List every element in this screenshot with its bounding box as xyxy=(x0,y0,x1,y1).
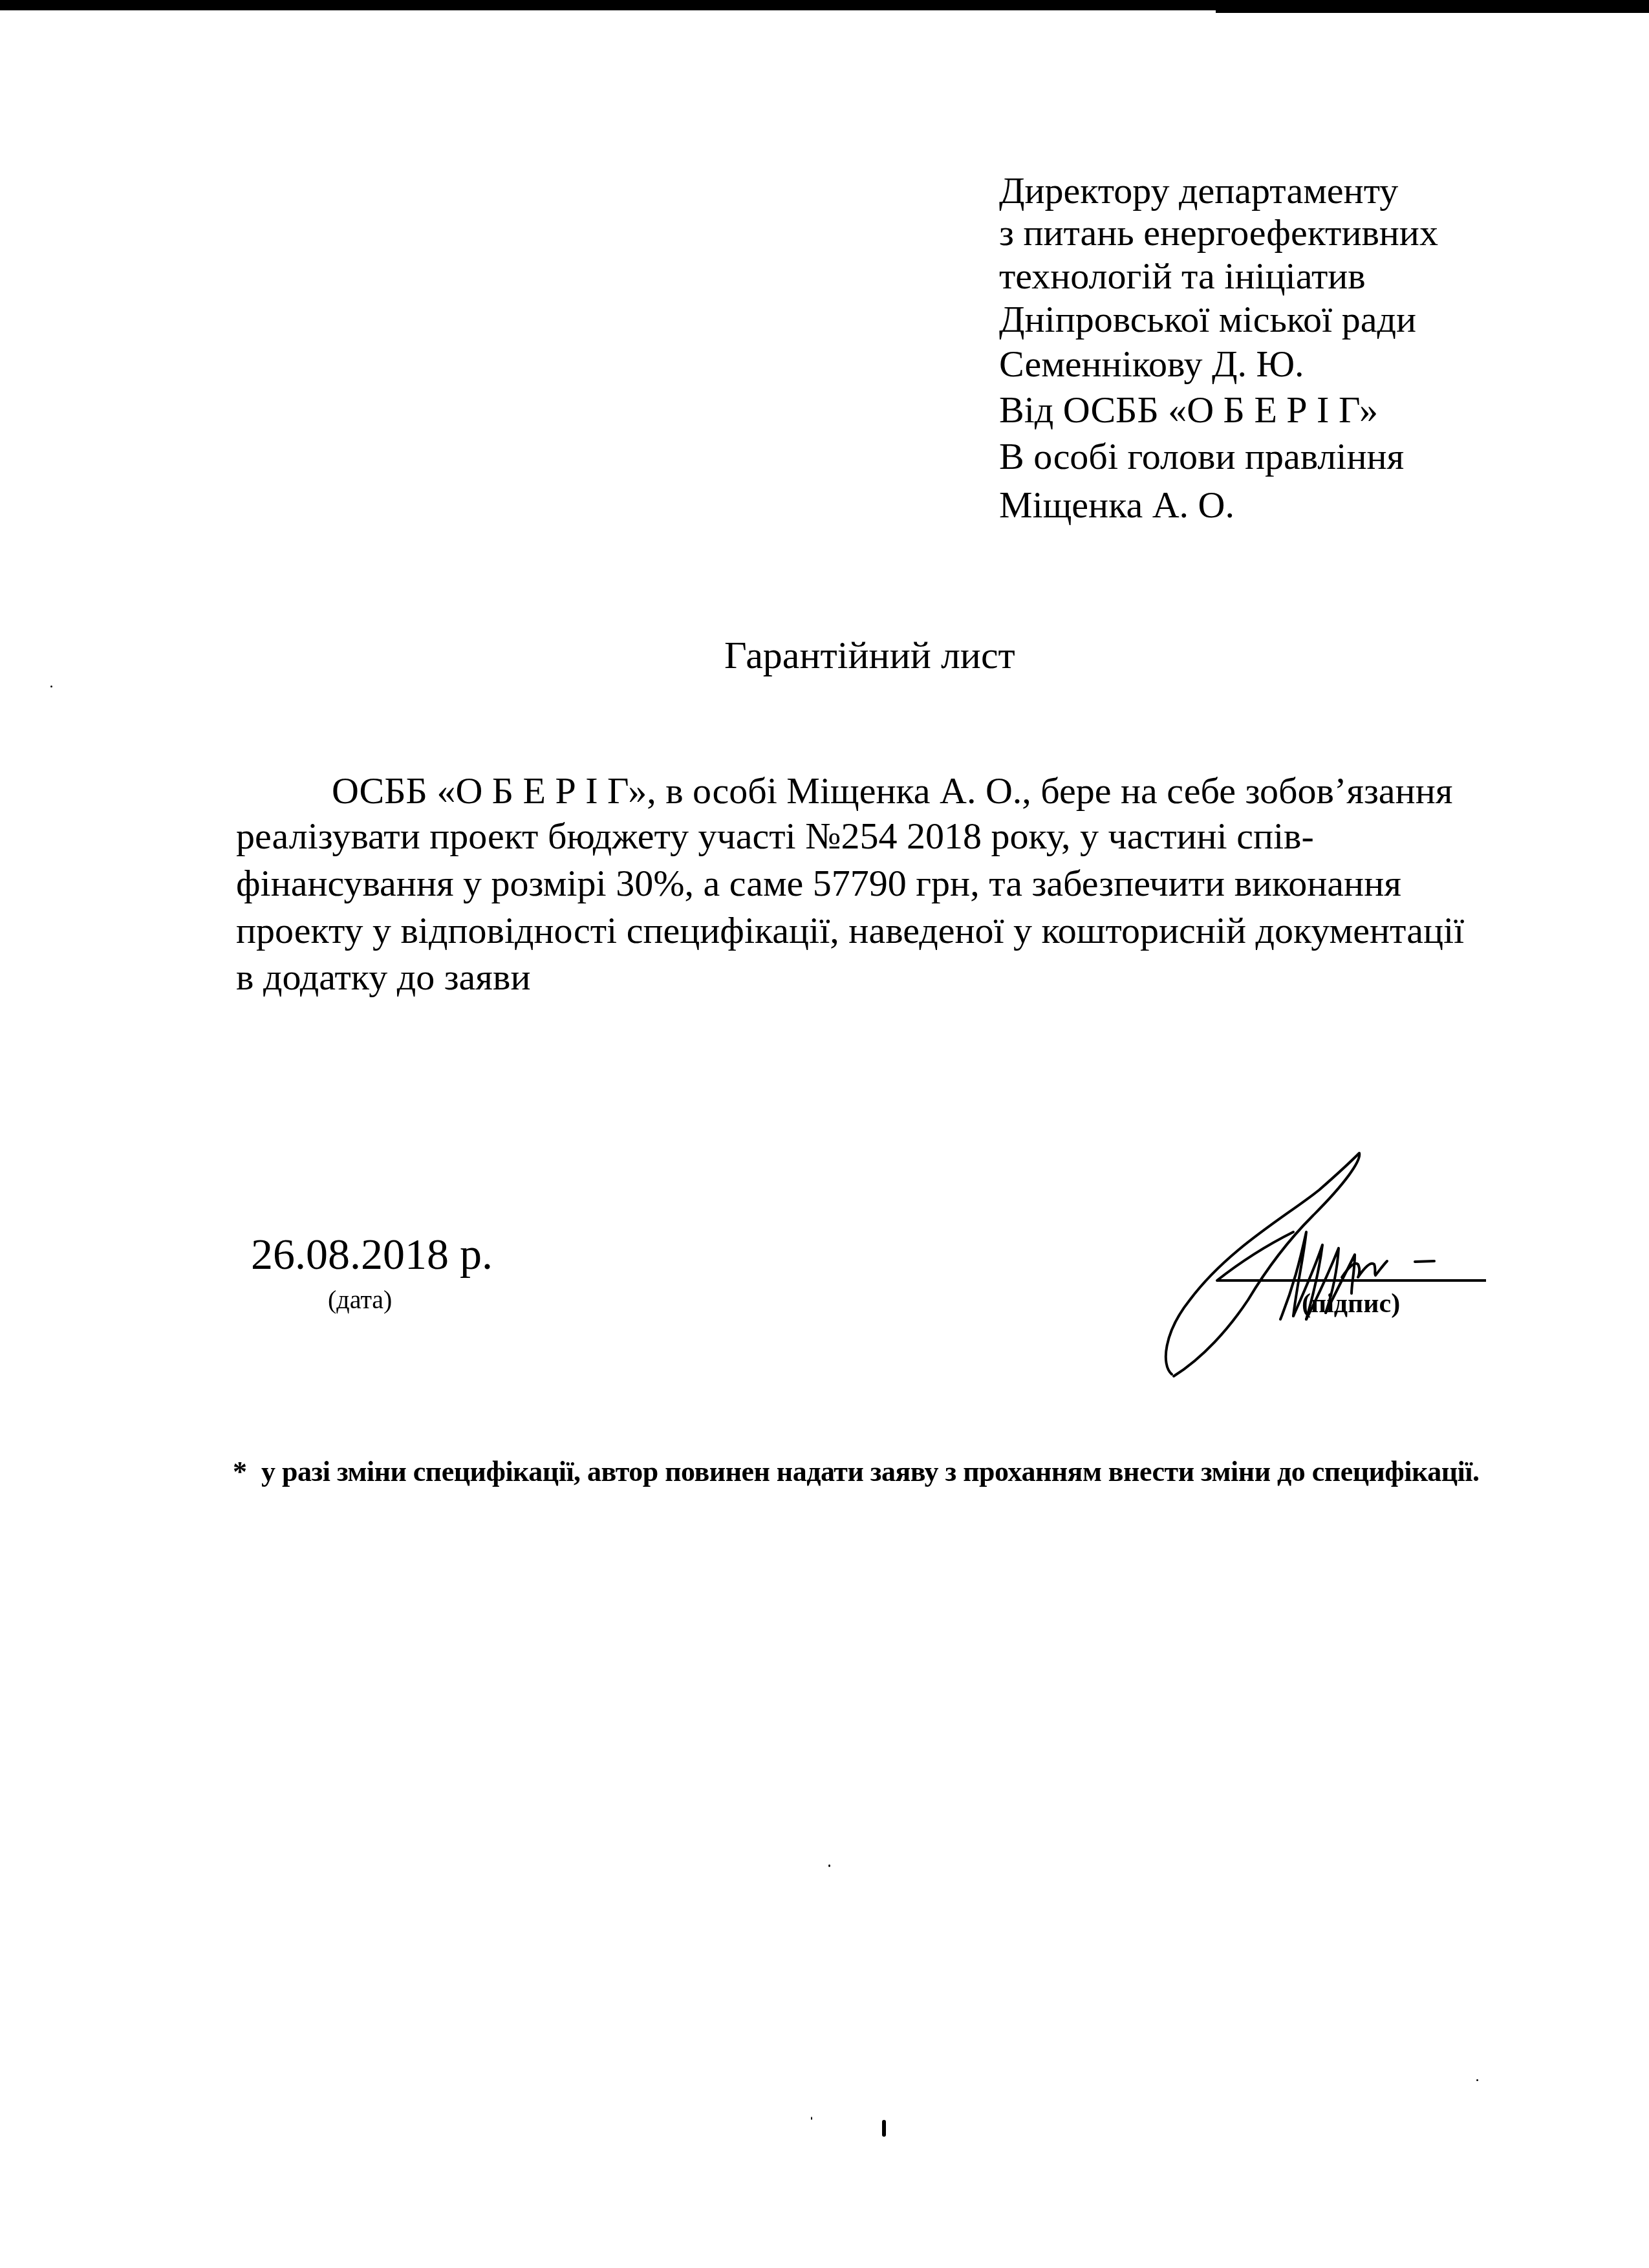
body-line: в додатку до заяви xyxy=(236,958,530,996)
scan-speck xyxy=(811,2117,812,2120)
addressee-line: з питань енергоефективних xyxy=(999,214,1438,252)
body-line: проекту у відповідності специфікації, на… xyxy=(236,912,1464,949)
signature-line xyxy=(1217,1279,1486,1282)
addressee-line: В особі голови правління xyxy=(999,438,1404,475)
addressee-line: Директору департаменту xyxy=(999,172,1398,210)
body-line: реалізувати проект бюджету участі №254 2… xyxy=(236,817,1314,855)
scan-speck xyxy=(50,686,52,687)
scan-speck xyxy=(828,1864,830,1867)
addressee-line: Дніпровської міської ради xyxy=(999,301,1416,338)
letter-date: 26.08.2018 р. xyxy=(251,1232,493,1276)
scan-edge xyxy=(1216,10,1649,13)
addressee-line: Семеннікову Д. Ю. xyxy=(999,345,1304,383)
scan-speck xyxy=(882,2120,886,2137)
scan-edge xyxy=(0,0,1649,10)
handwritten-signature-icon xyxy=(0,0,1649,2268)
signature-caption: (підпис) xyxy=(1302,1290,1400,1317)
addressee-line: Від ОСББ «О Б Е Р І Г» xyxy=(999,391,1378,429)
footnote: *у разі зміни специфікації, автор повине… xyxy=(233,1458,1480,1486)
body-line: фінансування у розмірі 30%, а саме 57790… xyxy=(236,865,1401,902)
body-line: ОСББ «О Б Е Р І Г», в особі Міщенка А. О… xyxy=(332,772,1452,810)
footnote-text: у разі зміни специфікації, автор повинен… xyxy=(261,1456,1480,1487)
scan-speck xyxy=(1476,2079,1478,2081)
document-title: Гарантійний лист xyxy=(724,636,1015,675)
addressee-line: технологій та ініціатив xyxy=(999,257,1366,295)
date-caption: (дата) xyxy=(328,1287,392,1313)
addressee-line: Міщенка А. О. xyxy=(999,486,1234,524)
footnote-marker: * xyxy=(233,1458,261,1486)
